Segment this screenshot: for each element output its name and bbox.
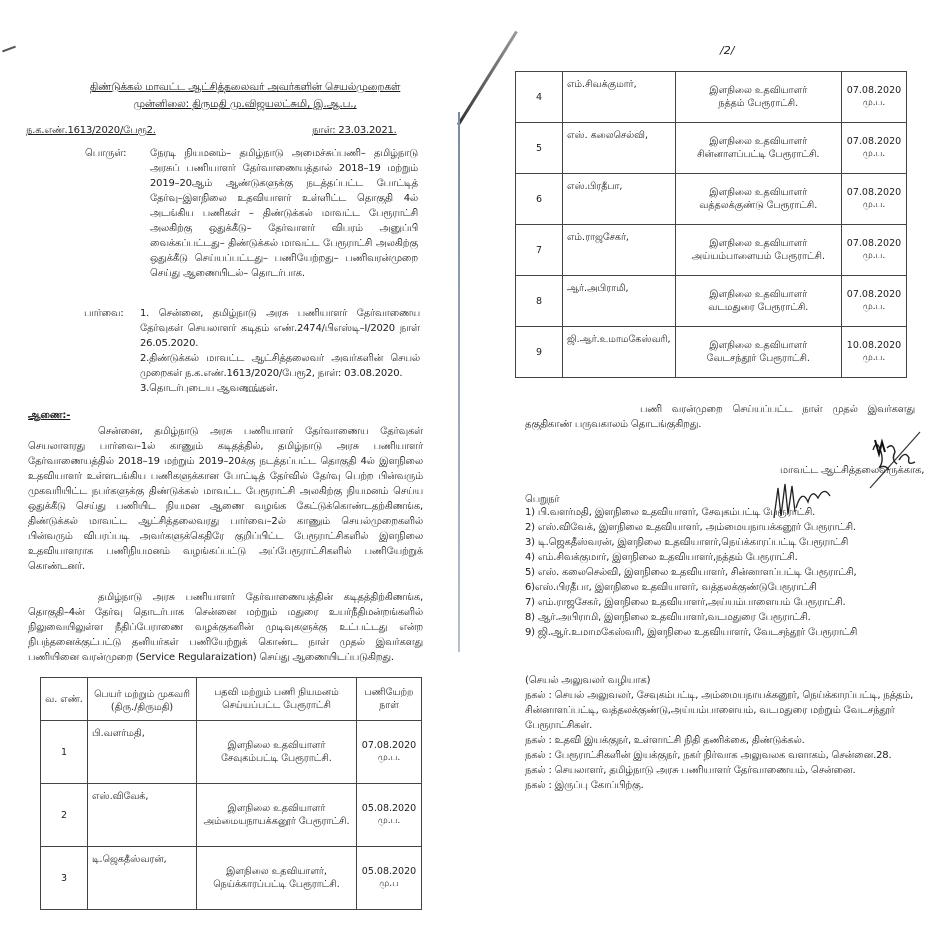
employee-name: எஸ். கலைசெல்வி, xyxy=(563,123,676,174)
join-date: 07.08.2020மு.ப. xyxy=(357,721,422,784)
session-forenoon: மு.ப. xyxy=(846,97,902,110)
employee-name: பி.வளர்மதி, xyxy=(88,721,197,784)
session-forenoon: மு.ப. xyxy=(361,815,417,828)
table-row: 3டி.ஜெகதீஸ்வரன்,இளநிலை உதவியாளர்,நெய்க்க… xyxy=(41,847,422,910)
town-panchayat: சேவுகம்பட்டி பேரூராட்சி. xyxy=(221,753,332,764)
post-and-town: இளநிலை உதவியாளர்அய்யம்பாளையம் பேரூராட்சி… xyxy=(675,225,841,276)
subject-label: பொருள்: xyxy=(85,146,126,161)
post-and-town: இளநிலை உதவியாளர்சின்னாளப்பட்டி பேரூராட்ச… xyxy=(675,123,841,174)
session-forenoon: மு.ப. xyxy=(846,352,902,365)
post-title: இளநிலை உதவியாளர் xyxy=(228,803,326,814)
recipient-item: 3) டி.ஜெகதீஸ்வரன், இளநிலை உதவியாளர்,நெய்… xyxy=(525,535,925,550)
copy-to-item: நகல் : இருப்பு கோப்பிற்கு. xyxy=(525,778,925,793)
post-title: இளநிலை உதவியாளர் xyxy=(709,289,807,300)
recipients-list: 1) பி.வளர்மதி, இளநிலை உதவியாளர், சேவுகம்… xyxy=(525,505,925,640)
join-date: 07.08.2020மு.ப. xyxy=(842,225,907,276)
join-date-value: 05.08.2020 xyxy=(362,803,416,814)
header-serial: வ. எண். xyxy=(41,678,88,721)
join-date: 05.08.2020மு.ப xyxy=(357,847,422,910)
copy-to-item: நகல் : செயல் அலுவலர், சேவுகம்பட்டி, அம்ம… xyxy=(525,688,925,733)
serial-number: 9 xyxy=(516,327,563,378)
appointment-table: வ. எண். பெயர் மற்றும் முகவரி (திரு./திரு… xyxy=(40,677,422,910)
header-post: பதவி மற்றும் பணி நியமனம் செய்யப்பட்ட பேர… xyxy=(197,678,357,721)
order-paragraph-1: சென்னை, தமிழ்நாடு அரசு பணியாளர் தேர்வாணை… xyxy=(28,424,423,574)
town-panchayat: நெய்க்காரப்பட்டி பேரூராட்சி. xyxy=(213,879,340,890)
join-date: 07.08.2020மு.ப. xyxy=(842,72,907,123)
post-title: இளநிலை உதவியாளர் xyxy=(709,187,807,198)
order-paragraph-2: தமிழ்நாடு அரசு பணியாளர் தேர்வாணையத்தின் … xyxy=(28,590,423,665)
post-and-town: இளநிலை உதவியாளர்அம்மையநாயக்கனூர் பேரூராட… xyxy=(197,784,357,847)
join-date-value: 07.08.2020 xyxy=(362,740,416,751)
recipient-item: 9) ஜி.ஆர்.உமாமகேஸ்வரி, இளநிலை உதவியாளர்,… xyxy=(525,625,925,640)
session-forenoon: மு.ப. xyxy=(361,752,417,765)
post-and-town: இளநிலை உதவியாளர்வடமதுரை பேரூராட்சி. xyxy=(675,276,841,327)
header-name: பெயர் மற்றும் முகவரி (திரு./திருமதி) xyxy=(88,678,197,721)
join-date-value: 10.08.2020 xyxy=(847,340,901,351)
post-title: இளநிலை உதவியாளர், xyxy=(226,866,327,877)
serial-number: 3 xyxy=(41,847,88,910)
reference-number: ந.க.எண்.1613/2020/பேரூ2. xyxy=(26,123,156,138)
table-row: 9ஜி.ஆர்.உமாமகேஸ்வரி,இளநிலை உதவியாளர்வேடச… xyxy=(516,327,907,378)
session-forenoon: மு.ப xyxy=(361,878,417,891)
recipient-item: 5) எஸ். கலைசெல்வி, இளநிலை உதவியாளர், சின… xyxy=(525,565,925,580)
subject-text: நேரடி நியமனம்– தமிழ்நாடு அமைச்சுப்பணி– த… xyxy=(150,146,418,281)
section-divider: ------ xyxy=(245,384,265,399)
table-row: 6எஸ்.பிரதீபா,இளநிலை உதவியாளர்வத்தலக்குண்… xyxy=(516,174,907,225)
recipient-item: 2) எஸ்.விவேக், இளநிலை உதவியாளர், அம்மையந… xyxy=(525,520,925,535)
table-row: 1பி.வளர்மதி,இளநிலை உதவியாளர்சேவுகம்பட்டி… xyxy=(41,721,422,784)
join-date-value: 07.08.2020 xyxy=(847,187,901,198)
document-date: நாள்: 23.03.2021. xyxy=(312,123,397,138)
session-forenoon: மு.ப. xyxy=(846,199,902,212)
recipient-item: 7) எம்.ராஜசேகர், இளநிலை உதவியாளர்,அய்யம்… xyxy=(525,595,925,610)
header-join-date: பணியேற்ற நாள் xyxy=(357,678,422,721)
employee-name: எம்.ராஜசேகர், xyxy=(563,225,676,276)
post-and-town: இளநிலை உதவியாளர்சேவுகம்பட்டி பேரூராட்சி. xyxy=(197,721,357,784)
serial-number: 2 xyxy=(41,784,88,847)
document-title: திண்டுக்கல் மாவட்ட ஆட்சித்தலைவர் அவர்களி… xyxy=(80,80,410,95)
join-date: 07.08.2020மு.ப. xyxy=(842,174,907,225)
copy-to-item: நகல் : பேரூராட்சிகளின் இயக்குநர், நகர் ந… xyxy=(525,748,925,763)
join-date: 07.08.2020மு.ப. xyxy=(842,123,907,174)
document-page-1: திண்டுக்கல் மாவட்ட ஆட்சித்தலைவர் அவர்களி… xyxy=(0,0,470,945)
references-label: பார்வை: xyxy=(84,306,124,321)
table-row: 2எஸ்.விவேக்,இளநிலை உதவியாளர்அம்மையநாயக்க… xyxy=(41,784,422,847)
copy-to-item: நகல் : செயலாளர், தமிழ்நாடு அரசு பணியாளர்… xyxy=(525,763,925,778)
copy-to-list: (செயல் அலுவலர் வழியாக)நகல் : செயல் அலுவல… xyxy=(525,673,925,793)
serial-number: 1 xyxy=(41,721,88,784)
session-forenoon: மு.ப. xyxy=(846,250,902,263)
employee-name: எஸ்.விவேக், xyxy=(88,784,197,847)
recipient-item: 8) ஆர்.அபிராமி, இளநிலை உதவியாளர்,வடமதுரை… xyxy=(525,610,925,625)
employee-name: எஸ்.பிரதீபா, xyxy=(563,174,676,225)
reference-item: 2.திண்டுக்கல் மாவட்ட ஆட்சித்தலைவர் அவர்க… xyxy=(140,351,420,381)
post-and-town: இளநிலை உதவியாளர்நத்தம் பேரூராட்சி. xyxy=(675,72,841,123)
appointment-table-continued: 4எம்.சிவக்குமார்,இளநிலை உதவியாளர்நத்தம் … xyxy=(515,71,907,378)
post-title: இளநிலை உதவியாளர் xyxy=(709,238,807,249)
post-title: இளநிலை உதவியாளர் xyxy=(709,85,807,96)
recipient-item: 4) எம்.சிவக்குமார், இளநிலை உதவியாளர்,நத்… xyxy=(525,550,925,565)
town-panchayat: வடமதுரை பேரூராட்சி. xyxy=(708,302,808,313)
signature-icon xyxy=(865,430,925,490)
order-heading: ஆணை:- xyxy=(28,408,70,423)
references-list: 1. சென்னை, தமிழ்நாடு அரசு பணியாளர் தேர்வ… xyxy=(140,306,420,396)
join-date: 10.08.2020மு.ப. xyxy=(842,327,907,378)
town-panchayat: அம்மையநாயக்கனூர் பேரூராட்சி. xyxy=(203,816,349,827)
employee-name: டி.ஜெகதீஸ்வரன், xyxy=(88,847,197,910)
reference-item: 1. சென்னை, தமிழ்நாடு அரசு பணியாளர் தேர்வ… xyxy=(140,306,420,351)
join-date-value: 07.08.2020 xyxy=(847,289,901,300)
join-date-value: 07.08.2020 xyxy=(847,238,901,249)
town-panchayat: நத்தம் பேரூராட்சி. xyxy=(718,98,798,109)
post-title: இளநிலை உதவியாளர் xyxy=(709,340,807,351)
town-panchayat: வத்தலக்குண்டு பேரூராட்சி. xyxy=(699,200,817,211)
reference-item: 3.தொடர்புடைய ஆவணங்கள். xyxy=(140,381,420,396)
employee-name: ஜி.ஆர்.உமாமகேஸ்வரி, xyxy=(563,327,676,378)
table-row: 7எம்.ராஜசேகர்,இளநிலை உதவியாளர்அய்யம்பாளை… xyxy=(516,225,907,276)
recipient-item: 1) பி.வளர்மதி, இளநிலை உதவியாளர், சேவுகம்… xyxy=(525,505,925,520)
signature-caption: மாவட்ட ஆட்சித்தலைவருக்காக, xyxy=(780,463,924,478)
serial-number: 6 xyxy=(516,174,563,225)
join-date-value: 07.08.2020 xyxy=(847,136,901,147)
serial-number: 5 xyxy=(516,123,563,174)
town-panchayat: வேடசந்தூர் பேரூராட்சி. xyxy=(707,353,810,364)
document-page-2: /2/ 4எம்.சிவக்குமார்,இளநிலை உதவியாளர்நத்… xyxy=(490,0,945,945)
copy-to-item: நகல் : உதவி இயக்குநர், உள்ளாட்சி நிதி தண… xyxy=(525,733,925,748)
join-date: 05.08.2020மு.ப. xyxy=(357,784,422,847)
join-date-value: 07.08.2020 xyxy=(847,85,901,96)
table-header-row: வ. எண். பெயர் மற்றும் முகவரி (திரு./திரு… xyxy=(41,678,422,721)
session-forenoon: மு.ப. xyxy=(846,148,902,161)
town-panchayat: சின்னாளப்பட்டி பேரூராட்சி. xyxy=(697,149,819,160)
post-title: இளநிலை உதவியாளர் xyxy=(709,136,807,147)
serial-number: 4 xyxy=(516,72,563,123)
employee-name: ஆர்.அபிராமி, xyxy=(563,276,676,327)
post-and-town: இளநிலை உதவியாளர்வேடசந்தூர் பேரூராட்சி. xyxy=(675,327,841,378)
recipient-item: 6)எஸ்.பிரதீபா, இளநிலை உதவியாளர், வத்தலக்… xyxy=(525,580,925,595)
table-row: 4எம்.சிவக்குமார்,இளநிலை உதவியாளர்நத்தம் … xyxy=(516,72,907,123)
post-and-town: இளநிலை உதவியாளர்வத்தலக்குண்டு பேரூராட்சி… xyxy=(675,174,841,225)
probation-statement: பணி வரன்முறை செய்யப்பட்ட நாள் முதல் இவர்… xyxy=(525,402,915,432)
post-title: இளநிலை உதவியாளர் xyxy=(228,740,326,751)
copy-to-item: (செயல் அலுவலர் வழியாக) xyxy=(525,673,925,688)
serial-number: 8 xyxy=(516,276,563,327)
page-number: /2/ xyxy=(720,44,734,57)
table-row: 5எஸ். கலைசெல்வி,இளநிலை உதவியாளர்சின்னாளப… xyxy=(516,123,907,174)
town-panchayat: அய்யம்பாளையம் பேரூராட்சி. xyxy=(692,251,826,262)
join-date-value: 05.08.2020 xyxy=(362,866,416,877)
join-date: 07.08.2020மு.ப. xyxy=(842,276,907,327)
serial-number: 7 xyxy=(516,225,563,276)
employee-name: எம்.சிவக்குமார், xyxy=(563,72,676,123)
table-row: 8ஆர்.அபிராமி,இளநிலை உதவியாளர்வடமதுரை பேர… xyxy=(516,276,907,327)
post-and-town: இளநிலை உதவியாளர்,நெய்க்காரப்பட்டி பேரூரா… xyxy=(197,847,357,910)
session-forenoon: மு.ப. xyxy=(846,301,902,314)
document-presiding-officer: முன்னிலை: திருமதி மு.விஜயலட்சுமி, இ.ஆ.ப.… xyxy=(80,97,410,112)
